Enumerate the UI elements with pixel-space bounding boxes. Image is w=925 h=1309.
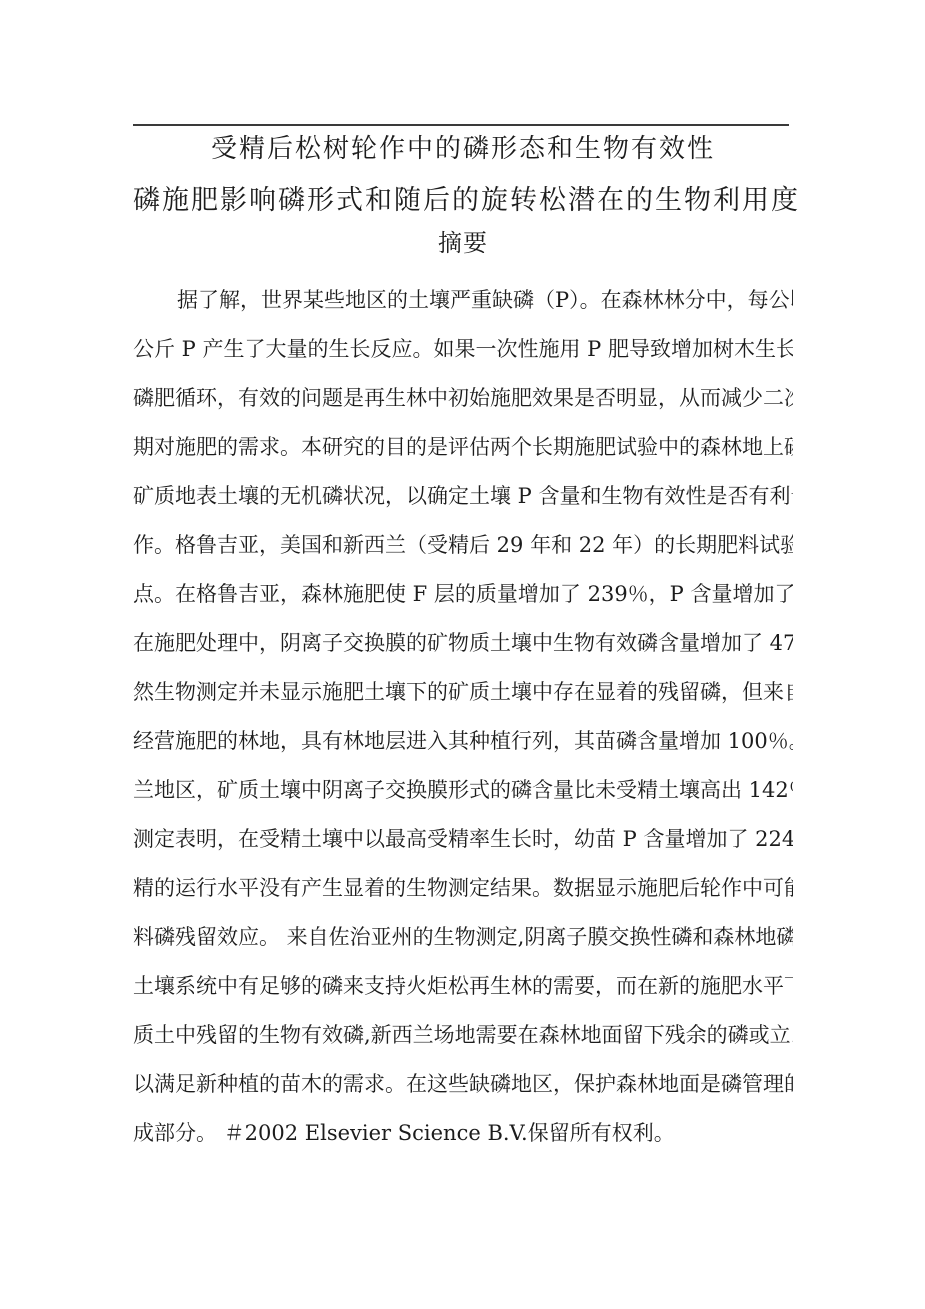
abstract-line: 料磷残留效应。 来自佐治亚州的生物测定,阴离子膜交换性磷和森林地磷表明， (133, 913, 793, 962)
abstract-line: 矿质地表土壤的无机磷状况，以确定土壤 P 含量和生物有效性是否有利于下次轮 (133, 472, 793, 521)
abstract-line: 经营施肥的林地，具有林地层进入其种植行列，其苗磷含量增加 100％。在新西 (133, 717, 793, 766)
abstract-line: 兰地区，矿质土壤中阴离子交换膜形式的磷含量比未受精土壤高出 142％。生物 (133, 766, 793, 815)
document-title-line-2: 磷施肥影响磷形式和随后的旋转松潜在的生物利用度 (133, 184, 793, 217)
abstract-line: 测定表明，在受精土壤中以最高受精率生长时，幼苗 P 含量增加了 224％。 受 (133, 815, 793, 864)
abstract-line: 据了解，世界某些地区的土壤严重缺磷（P）。在森林林分中，每公顷只有 20 (133, 276, 793, 325)
header-rule (133, 124, 789, 126)
abstract-paragraph: 据了解，世界某些地区的土壤严重缺磷（P）。在森林林分中，每公顷只有 20 公斤 … (133, 276, 793, 1158)
abstract-line: 点。在格鲁吉亚，森林施肥使 F 层的质量增加了 239％，P 含量增加了 318… (133, 570, 793, 619)
abstract-line: 以满足新种植的苗木的需求。在这些缺磷地区，保护森林地面是磷管理的重要组 (133, 1060, 793, 1109)
document-title-line-1: 受精后松树轮作中的磷形态和生物有效性 (133, 133, 793, 165)
abstract-line: 质土中残留的生物有效磷,新西兰场地需要在森林地面留下残余的磷或立即施肥, (133, 1011, 793, 1060)
abstract-heading: 摘要 (133, 228, 793, 258)
abstract-line: 精的运行水平没有产生显着的生物测定结果。数据显示施肥后轮作中可能存在肥 (133, 864, 793, 913)
abstract-line: 作。格鲁吉亚，美国和新西兰（受精后 29 年和 22 年）的长期肥料试验是研究地 (133, 521, 793, 570)
abstract-line: 磷肥循环，有效的问题是再生林中初始施肥效果是否明显，从而减少二次施肥初 (133, 374, 793, 423)
document-page: 受精后松树轮作中的磷形态和生物有效性 磷施肥影响磷形式和随后的旋转松潜在的生物利… (0, 0, 925, 1309)
abstract-line: 公斤 P 产生了大量的生长反应。如果一次性施用 P 肥导致增加树木生长和增加 (133, 325, 793, 374)
abstract-line: 然生物测定并未显示施肥土壤下的矿质土壤中存在显着的残留磷，但来自相邻的 (133, 668, 793, 717)
abstract-line: 期对施肥的需求。本研究的目的是评估两个长期施肥试验中的森林地上磷状况和 (133, 423, 793, 472)
abstract-line: 成部分。 ＃2002 Elsevier Science B.V.保留所有权利。 (133, 1109, 793, 1158)
abstract-line: 在施肥处理中，阴离子交换膜的矿物质土壤中生物有效磷含量增加了 47％。虽 (133, 619, 793, 668)
abstract-line: 土壤系统中有足够的磷来支持火炬松再生林的需要，而在新的施肥水平下，矿物 (133, 962, 793, 1011)
